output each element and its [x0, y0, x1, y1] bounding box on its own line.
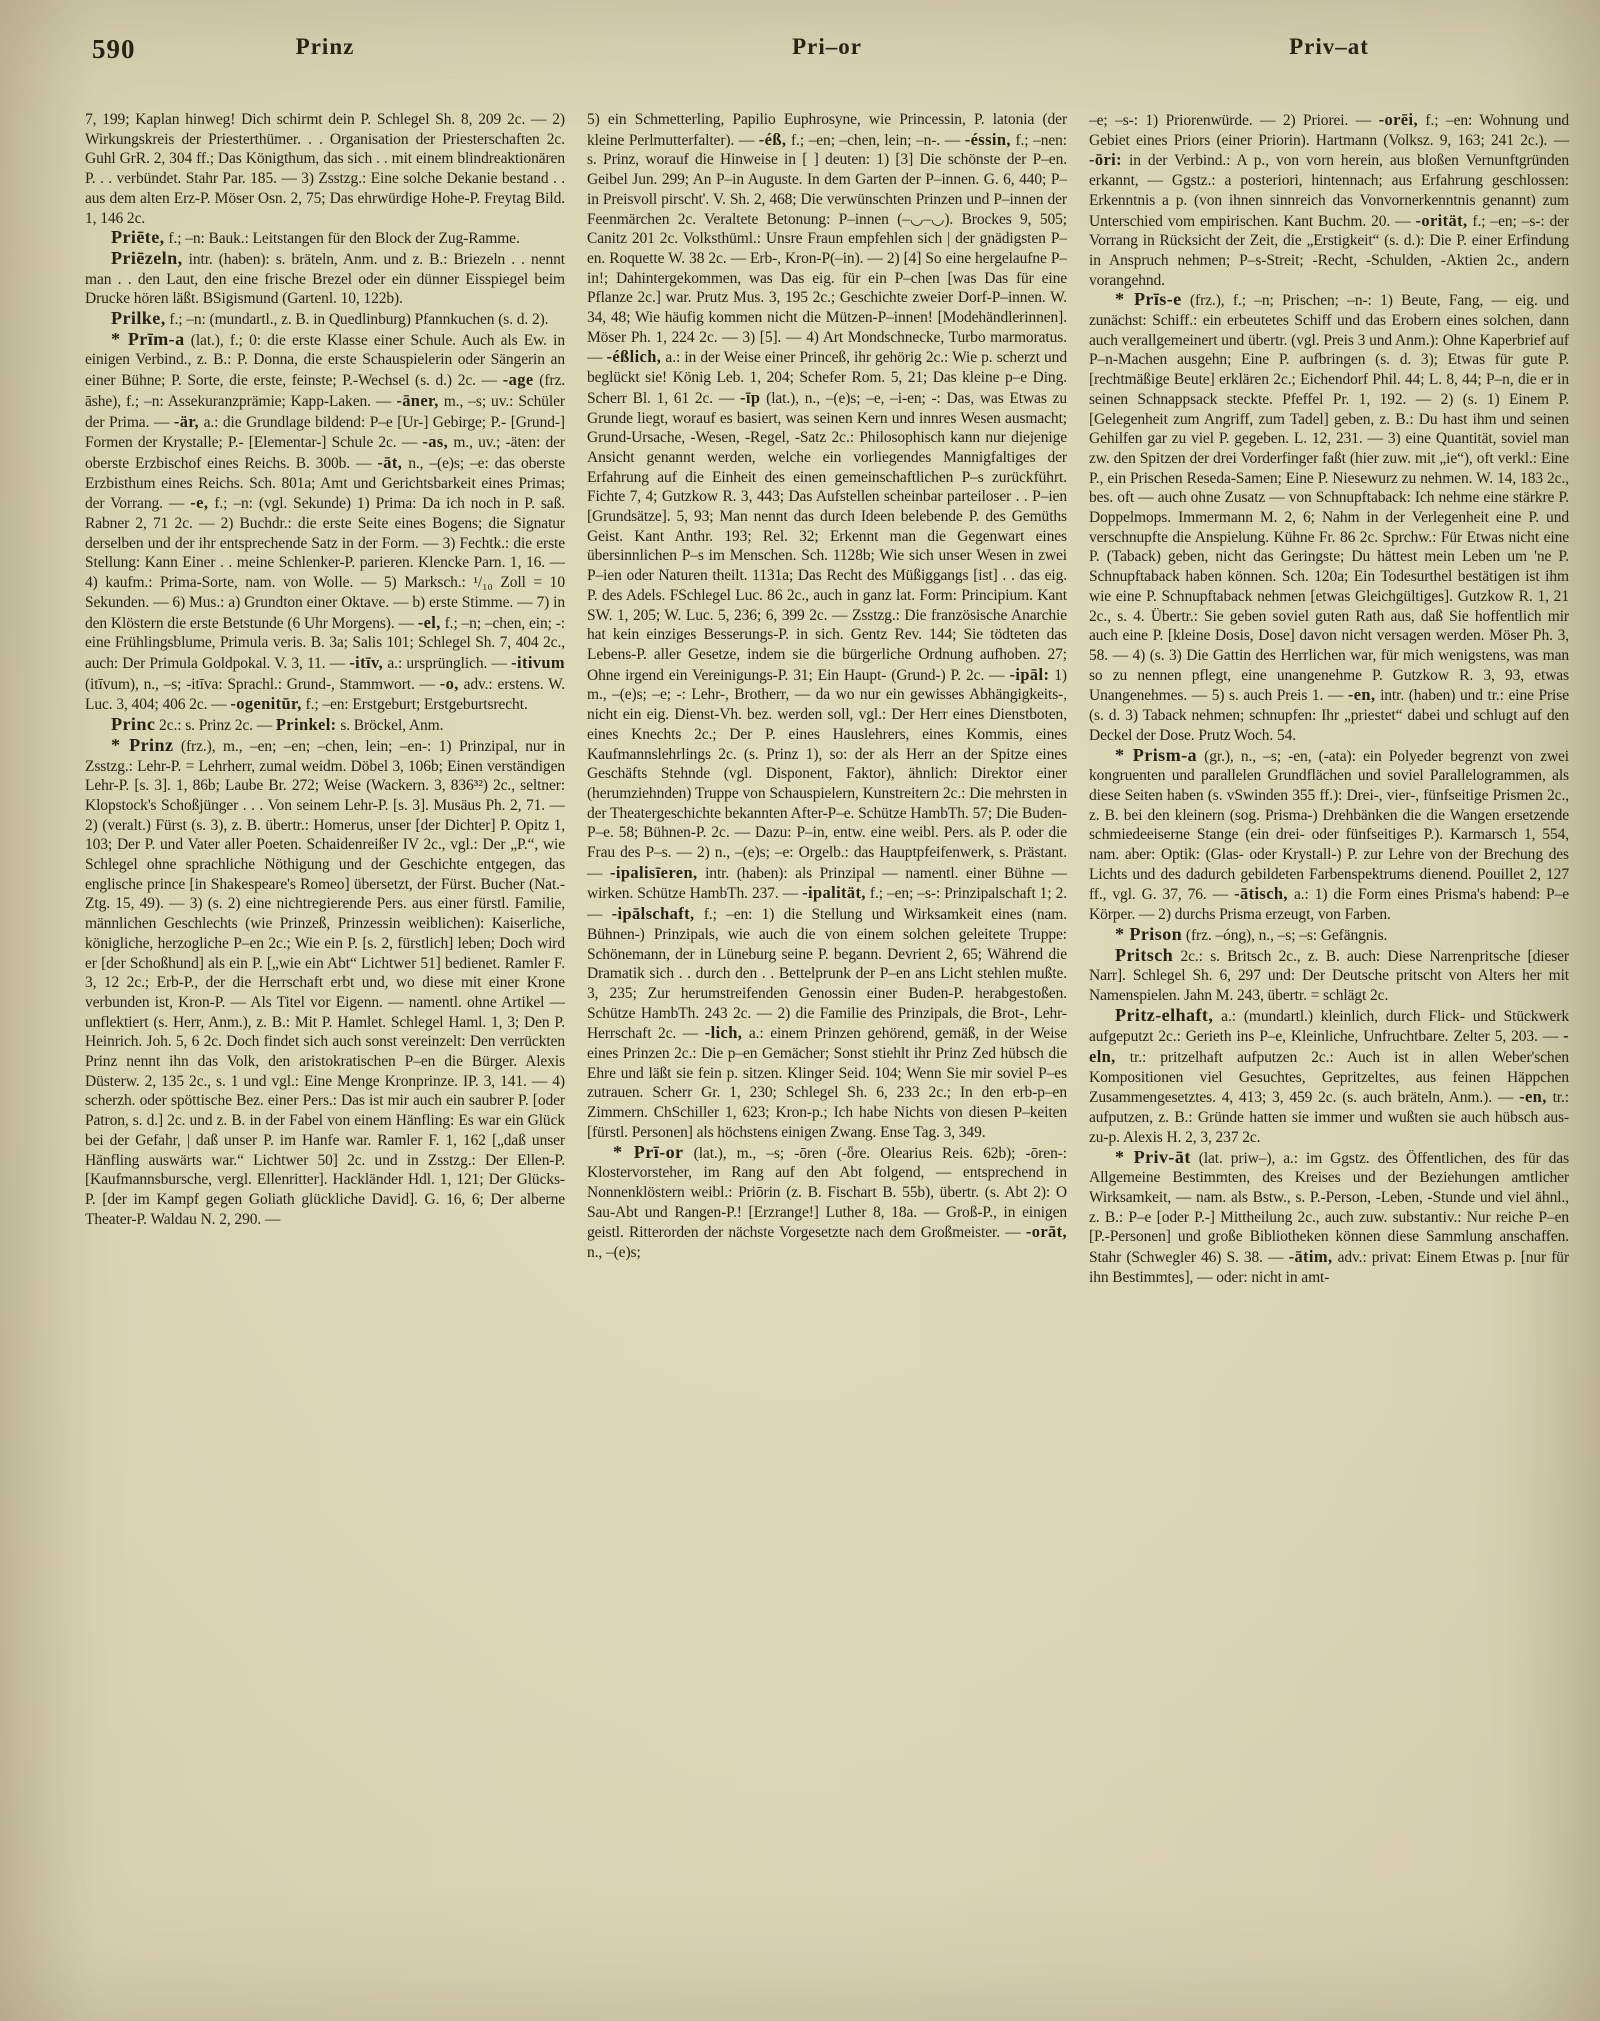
column-header-privat: Priv–at — [1089, 34, 1569, 76]
column-header-prinz: Prinz — [85, 34, 565, 76]
running-head: 590 Prinz Pri–or Priv–at — [0, 0, 1600, 76]
headword: -o, — [440, 674, 459, 693]
column-right: –e; –s-: 1) Priorenwürde. — 2) Priorei. … — [1089, 110, 1569, 1882]
headword: * Prīs-e — [1115, 289, 1182, 309]
headword: Priēzeln, — [111, 248, 183, 268]
entry-paragraph: 7, 199; Kaplan hinweg! Dich schirmt dein… — [85, 110, 565, 228]
entry-paragraph: * Prīm-a (lat.), f.; 0: die erste Klasse… — [85, 330, 565, 715]
entry-paragraph: Princ 2c.: s. Prinz 2c. — Prinkel: s. Br… — [85, 715, 565, 736]
headword: Prinkel: — [276, 715, 337, 734]
headword: -éssin, — [965, 130, 1011, 149]
headword: * Prī-or — [613, 1142, 683, 1162]
entry-paragraph: 5) ein Schmetterling, Papilio Euphrosyne… — [587, 110, 1067, 1143]
headword: -ōri: — [1089, 150, 1122, 169]
headword: -ipāl: — [1010, 665, 1050, 684]
headword: Prilke, — [111, 308, 166, 328]
headword: * Prison — [1115, 924, 1182, 944]
entry-paragraph: * Prī-or (lat.), m., –s; -ōren (-ȫre. Ol… — [587, 1143, 1067, 1263]
entry-paragraph: Priēte, f.; –n: Bauk.: Leitstangen für d… — [85, 228, 565, 249]
column-middle: 5) ein Schmetterling, Papilio Euphrosyne… — [587, 110, 1067, 1882]
entry-paragraph: * Priv-āt (lat. priw–), a.: im Ggstz. de… — [1089, 1148, 1569, 1288]
headword: Princ — [111, 714, 155, 734]
page-number: 590 — [92, 34, 136, 65]
headword: -īp — [740, 388, 760, 407]
entry-paragraph: –e; –s-: 1) Priorenwürde. — 2) Priorei. … — [1089, 110, 1569, 290]
headword: -lich, — [705, 1023, 743, 1042]
headword: -ātim, — [1289, 1247, 1333, 1266]
entry-paragraph: Pritsch 2c.: s. Britsch 2c., z. B. auch:… — [1089, 946, 1569, 1006]
headword: -ipalität, — [802, 883, 866, 902]
headword: -orāt, — [1026, 1222, 1067, 1241]
headword: -eln, — [1089, 1026, 1569, 1066]
headword: * Prism-a — [1115, 745, 1197, 765]
entry-paragraph: * Prīs-e (frz.), f.; –n; Prischen; –n-: … — [1089, 290, 1569, 745]
headword: -en, — [1519, 1087, 1547, 1106]
headword: -age — [503, 370, 534, 389]
headword: -ogenitūr, — [230, 694, 301, 713]
headword: * Prinz — [111, 735, 173, 755]
entry-paragraph: * Prison (frz. –óng), n., –s; –s: Gefäng… — [1089, 925, 1569, 946]
entry-paragraph: * Prism-a (gr.), n., –s; -en, (-ata): ei… — [1089, 746, 1569, 925]
entry-paragraph: Prilke, f.; –n: (mundartl., z. B. in Que… — [85, 309, 565, 330]
headword: -ipālschaft, — [612, 904, 695, 923]
entry-paragraph: Priēzeln, intr. (haben): s. bräteln, Anm… — [85, 249, 565, 309]
headword: Pritsch — [1115, 945, 1173, 965]
headword: -éß, — [759, 130, 787, 149]
headword: -orēi, — [1379, 110, 1418, 129]
headword: * Priv-āt — [1115, 1147, 1191, 1167]
headword: Pritz-elhaft, — [1115, 1005, 1213, 1025]
entry-paragraph: * Prinz (frz.), m., –en; –en; –chen, lei… — [85, 736, 565, 1230]
headword: -itivum — [511, 653, 565, 672]
column-header-prior: Pri–or — [587, 34, 1067, 76]
headword: -itīv, — [349, 653, 383, 672]
headword: Priēte, — [111, 227, 165, 247]
headword: -orität, — [1415, 211, 1467, 230]
headword: -en, — [1348, 685, 1376, 704]
headword: -āt, — [377, 453, 402, 472]
headword: -e, — [190, 493, 208, 512]
headword: * Prīm-a — [111, 329, 185, 349]
headword: -as, — [422, 432, 448, 451]
headword: -ātisch, — [1234, 884, 1288, 903]
headword: -el, — [418, 613, 441, 632]
dictionary-page: 590 Prinz Pri–or Priv–at 7, 199; Kaplan … — [0, 0, 1600, 2021]
text-columns: 7, 199; Kaplan hinweg! Dich schirmt dein… — [0, 76, 1600, 1882]
headword: -ipalisīeren, — [610, 863, 697, 882]
headword: -āner, — [396, 391, 438, 410]
column-left: 7, 199; Kaplan hinweg! Dich schirmt dein… — [85, 110, 565, 1882]
headword: -éßlich, — [607, 347, 662, 366]
headword: -är, — [174, 412, 199, 431]
entry-paragraph: Pritz-elhaft, a.: (mundartl.) kleinlich,… — [1089, 1006, 1569, 1148]
